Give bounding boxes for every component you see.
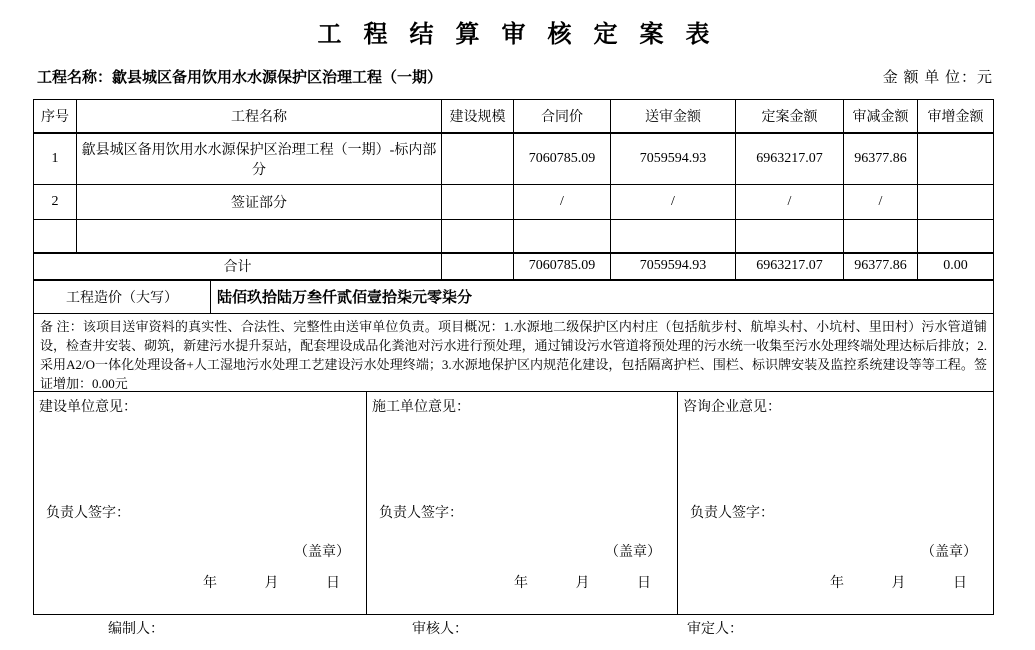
page-title: 工 程 结 算 审 核 定 案 表 xyxy=(0,14,1035,49)
cell-increased-amount xyxy=(918,133,994,185)
date-line: 年 月 日 xyxy=(514,572,651,592)
meta-row: 工程名称：歙县城区备用饮用水水源保护区治理工程（一期） 金 额 单 位：元 xyxy=(37,66,993,87)
cell-reduced-amount: 96377.86 xyxy=(844,133,918,185)
table-row-empty xyxy=(34,220,994,253)
cell-submitted-amount xyxy=(611,220,736,253)
capital-amount-label: 工程造价（大写） xyxy=(34,281,211,313)
date-month-label: 月 xyxy=(892,576,906,591)
header-project-name: 工程名称 xyxy=(77,100,442,133)
total-submitted-amount: 7059594.93 xyxy=(611,253,736,280)
signature-label: 负责人签字： xyxy=(379,502,463,522)
header-final-amount: 定案金额 xyxy=(736,100,844,133)
header-contract-price: 合同价 xyxy=(514,100,611,133)
total-final-amount: 6963217.07 xyxy=(736,253,844,280)
date-month-label: 月 xyxy=(265,576,279,591)
seal-label: （盖章） xyxy=(605,541,661,561)
signature-label: 负责人签字： xyxy=(690,502,774,522)
header-seq: 序号 xyxy=(34,100,77,133)
cell-submitted-amount: 7059594.93 xyxy=(611,133,736,185)
remark-row: 备 注：该项目送审资料的真实性、合法性、完整性由送审单位负责。项目概况：1.水源… xyxy=(34,313,994,391)
total-reduced-amount: 96377.86 xyxy=(844,253,918,280)
seal-label: （盖章） xyxy=(921,541,977,561)
cell-increased-amount xyxy=(918,185,994,220)
signature-label: 负责人签字： xyxy=(46,502,130,522)
remark-text: 备 注：该项目送审资料的真实性、合法性、完整性由送审单位负责。项目概况：1.水源… xyxy=(34,314,993,391)
date-line: 年 月 日 xyxy=(203,572,340,592)
cell-seq: 2 xyxy=(34,185,77,220)
footer-row: 编制人： 审核人： 审定人： xyxy=(33,618,993,642)
contractor-opinion-label: 施工单位意见： xyxy=(372,396,470,416)
cell-contract-price: / xyxy=(514,185,611,220)
table-header-row: 序号 工程名称 建设规模 合同价 送审金额 定案金额 审减金额 审增金额 xyxy=(34,100,994,133)
cell-scale xyxy=(442,133,514,185)
construction-unit-opinion-label: 建设单位意见： xyxy=(39,396,137,416)
contractor-opinion-box: 施工单位意见： 负责人签字： （盖章） 年 月 日 xyxy=(367,392,678,614)
date-day-label: 日 xyxy=(326,576,340,591)
cell-increased-amount xyxy=(918,220,994,253)
cell-project-name: 签证部分 xyxy=(77,185,442,220)
cell-contract-price xyxy=(514,220,611,253)
date-line: 年 月 日 xyxy=(830,572,967,592)
table-row: 2 签证部分 / / / / xyxy=(34,185,994,220)
total-scale xyxy=(442,253,514,280)
date-month-label: 月 xyxy=(576,576,590,591)
opinions-row: 建设单位意见： 负责人签字： （盖章） 年 月 日 施工单位意见： 负责人签字：… xyxy=(34,391,994,614)
date-day-label: 日 xyxy=(637,576,651,591)
total-row: 合计 7060785.09 7059594.93 6963217.07 9637… xyxy=(34,253,994,280)
settlement-table: 序号 工程名称 建设规模 合同价 送审金额 定案金额 审减金额 审增金额 1 歙… xyxy=(33,99,994,615)
date-day-label: 日 xyxy=(953,576,967,591)
cell-seq: 1 xyxy=(34,133,77,185)
construction-unit-opinion-box: 建设单位意见： 负责人签字： （盖章） 年 月 日 xyxy=(34,392,367,614)
total-increased-amount: 0.00 xyxy=(918,253,994,280)
date-year-label: 年 xyxy=(514,576,528,591)
creator-label: 编制人： xyxy=(108,618,164,638)
date-year-label: 年 xyxy=(830,576,844,591)
cell-submitted-amount: / xyxy=(611,185,736,220)
capital-amount-value: 陆佰玖拾陆万叁仟贰佰壹拾柒元零柒分 xyxy=(211,281,993,313)
cell-reduced-amount: / xyxy=(844,185,918,220)
auditor-label: 审核人： xyxy=(412,618,468,638)
cell-final-amount: / xyxy=(736,185,844,220)
consulting-firm-opinion-label: 咨询企业意见： xyxy=(683,396,781,416)
header-scale: 建设规模 xyxy=(442,100,514,133)
cell-contract-price: 7060785.09 xyxy=(514,133,611,185)
header-reduced-amount: 审减金额 xyxy=(844,100,918,133)
seal-label: （盖章） xyxy=(294,541,350,561)
amount-unit-label: 金 额 单 位：元 xyxy=(883,66,993,87)
total-contract-price: 7060785.09 xyxy=(514,253,611,280)
approver-label: 审定人： xyxy=(687,618,743,638)
project-name-label: 工程名称：歙县城区备用饮用水水源保护区治理工程（一期） xyxy=(37,66,442,87)
cell-reduced-amount xyxy=(844,220,918,253)
capital-amount-row: 工程造价（大写） 陆佰玖拾陆万叁仟贰佰壹拾柒元零柒分 xyxy=(34,280,994,314)
cell-seq xyxy=(34,220,77,253)
header-increased-amount: 审增金额 xyxy=(918,100,994,133)
total-label: 合计 xyxy=(34,253,442,280)
cell-project-name: 歙县城区备用饮用水水源保护区治理工程（一期）-标内部分 xyxy=(77,133,442,185)
cell-final-amount xyxy=(736,220,844,253)
date-year-label: 年 xyxy=(203,576,217,591)
cell-scale xyxy=(442,185,514,220)
cell-scale xyxy=(442,220,514,253)
table-row: 1 歙县城区备用饮用水水源保护区治理工程（一期）-标内部分 7060785.09… xyxy=(34,133,994,185)
cell-final-amount: 6963217.07 xyxy=(736,133,844,185)
header-submitted-amount: 送审金额 xyxy=(611,100,736,133)
cell-project-name xyxy=(77,220,442,253)
consulting-firm-opinion-box: 咨询企业意见： 负责人签字： （盖章） 年 月 日 xyxy=(678,392,993,614)
